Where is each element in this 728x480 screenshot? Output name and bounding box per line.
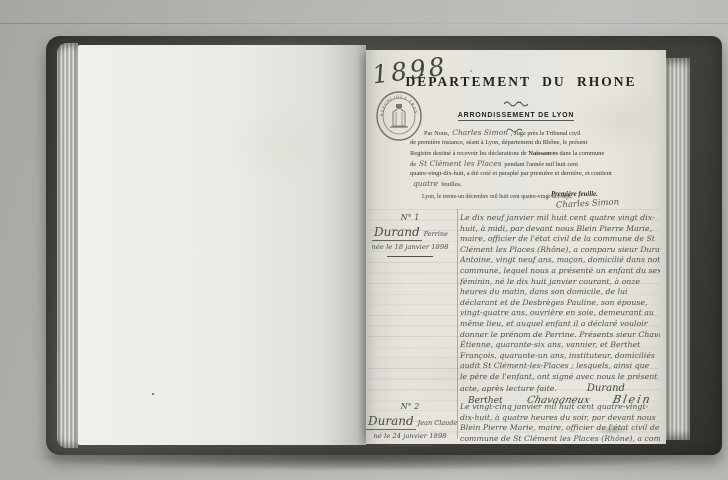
closing-row: acte, après lecture faite. Durand <box>460 383 660 394</box>
entry-lines: Le vingt-cinq janvier mil huit cent quat… <box>460 402 660 444</box>
page-stack-edges-left <box>57 43 78 448</box>
preamble-line: quatrefeuilles. <box>410 179 661 189</box>
closing-text: acte, après lecture faite. <box>460 384 557 393</box>
page-speck <box>152 393 154 395</box>
preamble-line: Registre destiné à recevoir les déclarat… <box>410 149 661 159</box>
body-line: vingt-quatre ans, ouvrière en soie, deme… <box>460 308 660 319</box>
body-line: féminin, né le dix huit janvier courant,… <box>460 277 660 288</box>
father-signature: Durand <box>587 383 625 394</box>
entry-given-name: Perrine <box>424 230 448 238</box>
entry-given-name: Jean Claude <box>418 419 458 427</box>
body-line: déclarant et de Desbrèges Pauline, son é… <box>460 298 660 309</box>
entry-name: DurandJean Claude <box>366 412 454 430</box>
page-speck <box>470 70 472 72</box>
register-preamble: Par Nous,Charles Simon, Juge près le Tri… <box>410 128 661 203</box>
body-line: Le dix neuf janvier mil huit cent quatre… <box>460 213 660 224</box>
body-line: même lieu, et auquel enfant il a déclaré… <box>460 319 660 330</box>
body-line: donner le prénom de Perrine. Présents si… <box>460 330 660 341</box>
body-line: audit St Clément-les-Places ; lesquels, … <box>460 361 660 372</box>
entry-lines: Le dix neuf janvier mil huit cent quatre… <box>460 213 660 383</box>
entry-margin: N° 2 DurandJean Claude né le 24 janvier … <box>366 402 454 446</box>
photo-of-open-register-book: 1898 RÉPUBLIQUE FRANÇAISE DÉPARTEMENT DU… <box>0 0 728 480</box>
left-page-blank <box>78 45 366 445</box>
entry-surname: Durand <box>372 225 422 241</box>
body-line: Antoine, vingt neuf ans, maçon, domicili… <box>460 255 660 266</box>
entry-body-text: Le vingt-cinq janvier mil huit cent quat… <box>460 402 660 444</box>
entry-number: N° 1 <box>366 213 454 222</box>
birth-act-entry-2: N° 2 DurandJean Claude né le 24 janvier … <box>366 402 660 444</box>
entry-surname: Durand <box>366 414 416 430</box>
body-line: Clément les Places (Rhône), a comparu si… <box>460 245 660 256</box>
body-line: maire, officier de l'état civil de la co… <box>460 234 660 245</box>
body-line: dix-huit, à quatre heures du soir, par d… <box>460 413 660 424</box>
first-sheet-label: Première feuille. <box>551 191 598 198</box>
body-line: Étienne, quarante-six ans, vannier, et B… <box>460 340 660 351</box>
department-heading: DÉPARTEMENT DU RHONE <box>376 74 666 90</box>
body-line: commune, lequel nous a présenté un enfan… <box>460 266 660 277</box>
handwritten-commune-name: St Clément les Places <box>419 159 501 168</box>
preamble-line: Par Nous,Charles Simon, Juge près le Tri… <box>410 128 661 138</box>
body-line: huit, à midi, par devant nous Blein Pier… <box>460 224 660 235</box>
birth-date-note: née le 18 janvier 1898 <box>366 243 454 251</box>
body-line: le père de l'enfant, ont signé avec nous… <box>460 372 660 383</box>
birth-act-entry-1: N° 1 DurandPerrine née le 18 janvier 189… <box>366 213 660 404</box>
ink-smudge <box>595 425 629 435</box>
margin-underline <box>387 256 433 257</box>
handwritten-sheet-count: quatre <box>413 179 438 188</box>
entry-margin: N° 1 DurandPerrine née le 18 janvier 189… <box>366 213 454 257</box>
preamble-dateline: Lyon, le trente-un décembre mil huit cen… <box>410 192 661 202</box>
body-line: Le vingt-cinq janvier mil huit cent quat… <box>460 402 660 413</box>
body-line: François, quarante-un ans, instituteur, … <box>460 351 660 362</box>
background-seam-line <box>0 23 728 24</box>
birth-date-note: né le 24 janvier 1898 <box>366 432 454 440</box>
preamble-line: quatre-vingt-dix-huit, a été coté et par… <box>410 169 661 179</box>
handwritten-judge-name: Charles Simon <box>452 128 508 137</box>
entry-body-text: Le dix neuf janvier mil huit cent quatre… <box>460 213 660 404</box>
body-line: heures du matin, dans son domicile, de l… <box>460 287 660 298</box>
preamble-line: deSt Clément les Placespendant l'année m… <box>410 159 661 169</box>
body-line: Blein Pierre Marie, maire, officier de l… <box>460 423 660 434</box>
page-stack-edges-right <box>666 58 690 440</box>
margin-underline <box>387 445 433 446</box>
preamble-line: de première instance, séant à Lyon, dépa… <box>410 138 661 148</box>
entry-number: N° 2 <box>366 402 454 411</box>
right-page: 1898 RÉPUBLIQUE FRANÇAISE DÉPARTEMENT DU… <box>366 50 666 444</box>
entry-name: DurandPerrine <box>366 223 454 241</box>
body-line: commune de St Clément les Places (Rhône)… <box>460 434 660 445</box>
